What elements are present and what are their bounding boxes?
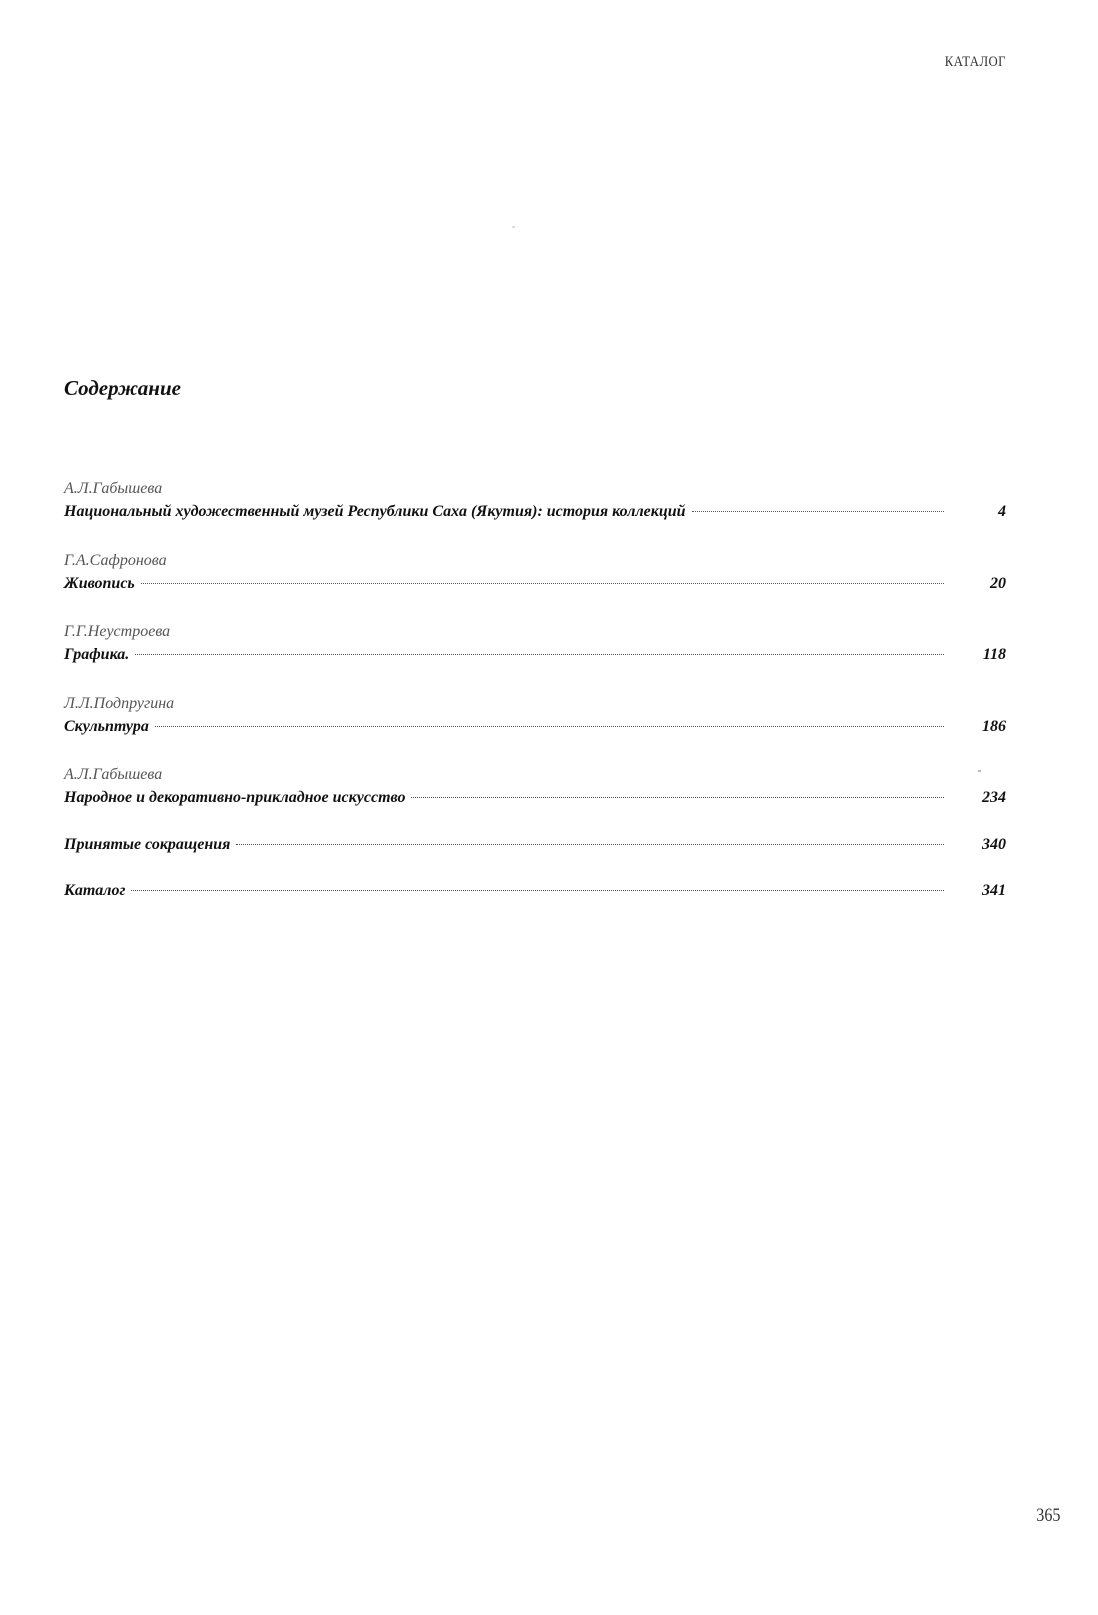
toc-entry-author: А.Л.Габышева: [64, 478, 1006, 500]
toc-entry-title[interactable]: Скульптура: [64, 715, 149, 739]
toc-entry-author: Л.Л.Подпругина: [64, 693, 1006, 715]
dot-leader: [236, 844, 944, 845]
scan-speck: [512, 226, 515, 228]
toc-entry-page[interactable]: 340: [982, 833, 1006, 857]
toc-entry[interactable]: Г.А.Сафронова Живопись 20: [64, 550, 1006, 596]
dot-leader: [141, 583, 944, 584]
toc-entry-page[interactable]: 186: [982, 715, 1006, 739]
toc-entry-page[interactable]: 20: [990, 572, 1006, 596]
toc-entry-page[interactable]: 234: [982, 786, 1006, 810]
toc-entry-author: А.Л.Габышева: [64, 764, 1006, 786]
toc-entry-title[interactable]: Каталог: [64, 879, 125, 903]
toc-entry[interactable]: А.Л.Габышева Народное и декоративно-прик…: [64, 764, 1006, 810]
toc-entry[interactable]: А.Л.Габышева Национальный художественный…: [64, 478, 1006, 524]
toc-entry-title[interactable]: Графика.: [64, 643, 129, 667]
toc-entry[interactable]: Л.Л.Подпругина Скульптура 186: [64, 693, 1006, 739]
dot-leader: [131, 890, 944, 891]
dot-leader: [135, 654, 944, 655]
toc-entry-author: Г.А.Сафронова: [64, 550, 1006, 572]
toc-entry-title[interactable]: Принятые сокращения: [64, 833, 230, 857]
toc-entry-page[interactable]: 118: [983, 643, 1006, 667]
toc-entry-page[interactable]: 341: [982, 879, 1006, 903]
toc-entry-title[interactable]: Народное и декоративно-прикладное искусс…: [64, 786, 405, 810]
running-head: КАТАЛОГ: [945, 54, 1006, 71]
dot-leader: [411, 797, 944, 798]
scan-speck: [978, 770, 981, 772]
toc-entry[interactable]: Каталог 341: [64, 879, 1006, 903]
page-number: 365: [1036, 1505, 1060, 1527]
toc-entry[interactable]: Г.Г.Неустроева Графика. 118: [64, 621, 1006, 667]
toc-entry-page[interactable]: 4: [998, 500, 1006, 524]
toc-title: Содержание: [64, 376, 181, 401]
toc-entry-title[interactable]: Живопись: [64, 572, 135, 596]
toc-entry-title[interactable]: Национальный художественный музей Респуб…: [64, 500, 686, 524]
toc-entry-author: Г.Г.Неустроева: [64, 621, 1006, 643]
toc-entry[interactable]: Принятые сокращения 340: [64, 833, 1006, 857]
dot-leader: [692, 511, 944, 512]
dot-leader: [155, 726, 944, 727]
